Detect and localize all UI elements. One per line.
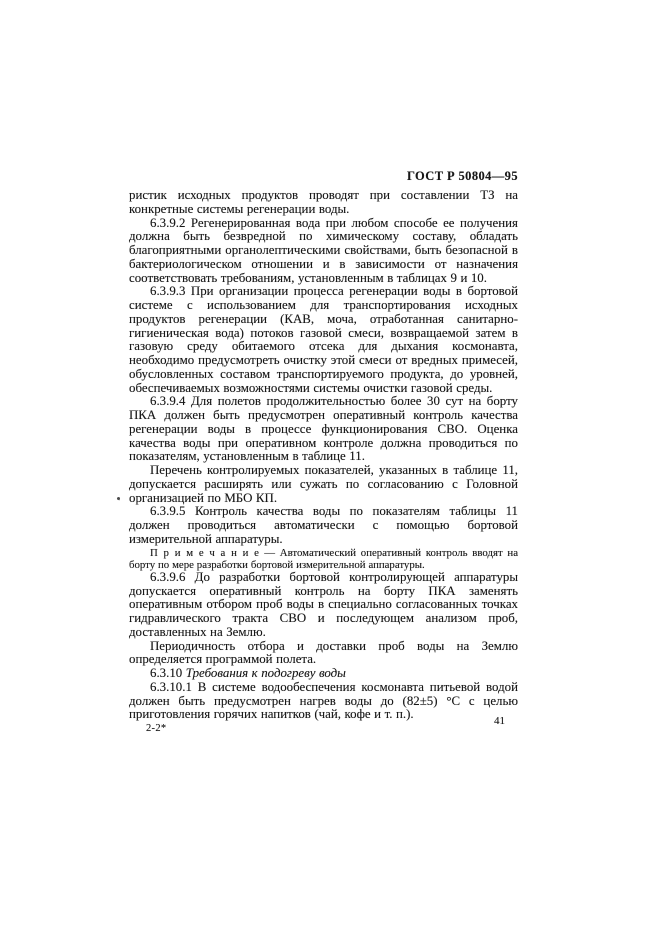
note-label: П р и м е ч а н и е <box>150 547 259 559</box>
paragraph-6-3-9-2: 6.3.9.2 Регенерированная вода при любом … <box>129 217 518 286</box>
paragraph-6-3-9-6: 6.3.9.6 До разработки бортовой контролир… <box>129 571 518 640</box>
scan-artifact-speck <box>117 497 121 501</box>
footer-page-number: 41 <box>494 715 505 727</box>
paragraph-perechen: Перечень контролируемых показателей, ука… <box>129 464 518 505</box>
note-paragraph: П р и м е ч а н и е — Автоматический опе… <box>129 547 518 571</box>
paragraph-6-3-9-3: 6.3.9.3 При организации процесса регенер… <box>129 285 518 395</box>
document-body: ристик исходных продуктов проводят при с… <box>129 189 518 722</box>
paragraph-intro-continuation: ристик исходных продуктов проводят при с… <box>129 189 518 217</box>
heading-6-3-10-number: 6.3.10 <box>150 666 182 680</box>
paragraph-6-3-10-1: 6.3.10.1 В системе водообеспечения космо… <box>129 681 518 722</box>
paragraph-periodichnost: Периодичность отбора и доставки проб вод… <box>129 640 518 668</box>
heading-6-3-10: 6.3.10 Требования к подогреву воды <box>129 667 518 681</box>
footer-signature-mark: 2-2* <box>146 723 166 734</box>
document-standard-code: ГОСТ Р 50804—95 <box>129 169 518 184</box>
document-page: ГОСТ Р 50804—95 ристик исходных продукто… <box>0 0 661 935</box>
paragraph-6-3-9-4: 6.3.9.4 Для полетов продолжительностью б… <box>129 395 518 464</box>
heading-6-3-10-title: Требования к подогреву воды <box>186 666 346 680</box>
paragraph-6-3-9-5: 6.3.9.5 Контроль качества воды по показа… <box>129 505 518 546</box>
